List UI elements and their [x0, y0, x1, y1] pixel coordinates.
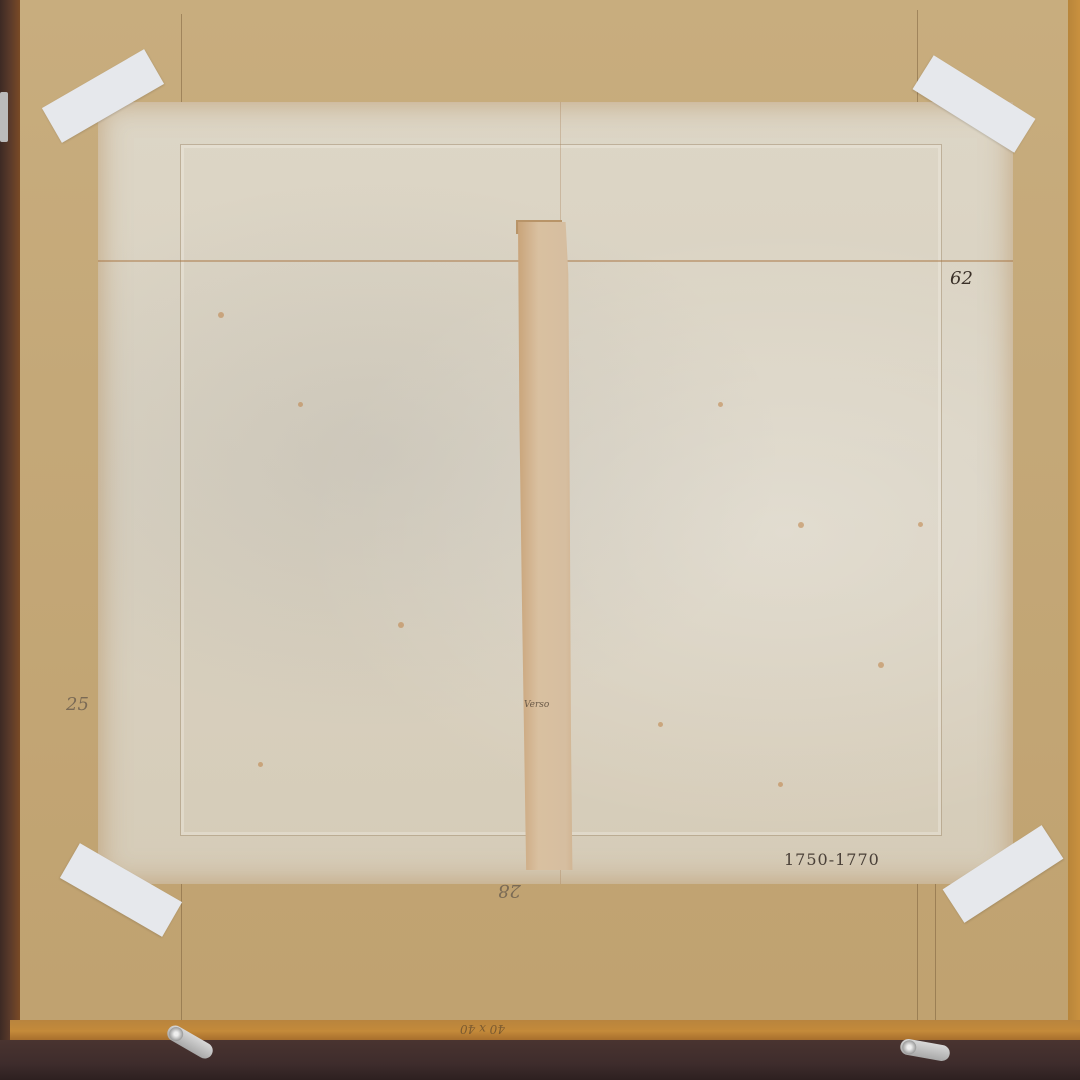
foxing-spot	[258, 762, 263, 767]
foxing-spot	[398, 622, 404, 628]
foxing-spot	[218, 312, 224, 318]
drawer-hinge-left	[0, 92, 8, 142]
width-measurement: 28	[498, 880, 521, 901]
foxing-spot	[658, 722, 663, 727]
drawer-frame-right	[1068, 0, 1080, 1030]
sheet-number: 62	[950, 268, 973, 289]
drawer-frame-left	[0, 0, 20, 1080]
foxing-spot	[718, 402, 723, 407]
foxing-spot	[298, 402, 303, 407]
foxing-spot	[878, 662, 884, 668]
mat-guide-line-right-lower	[935, 880, 936, 1020]
foxing-spot	[778, 782, 783, 787]
date-range-note: 1750-1770	[784, 850, 880, 869]
print-verso-sheet: Verso 62 1750-1770	[98, 102, 1013, 884]
foxing-spot	[918, 522, 923, 527]
foxing-spot	[798, 522, 804, 528]
drawer-label-text: 40 x 40	[460, 1022, 505, 1036]
hinge-note: Verso	[524, 700, 549, 710]
height-measurement: 25	[66, 694, 89, 715]
